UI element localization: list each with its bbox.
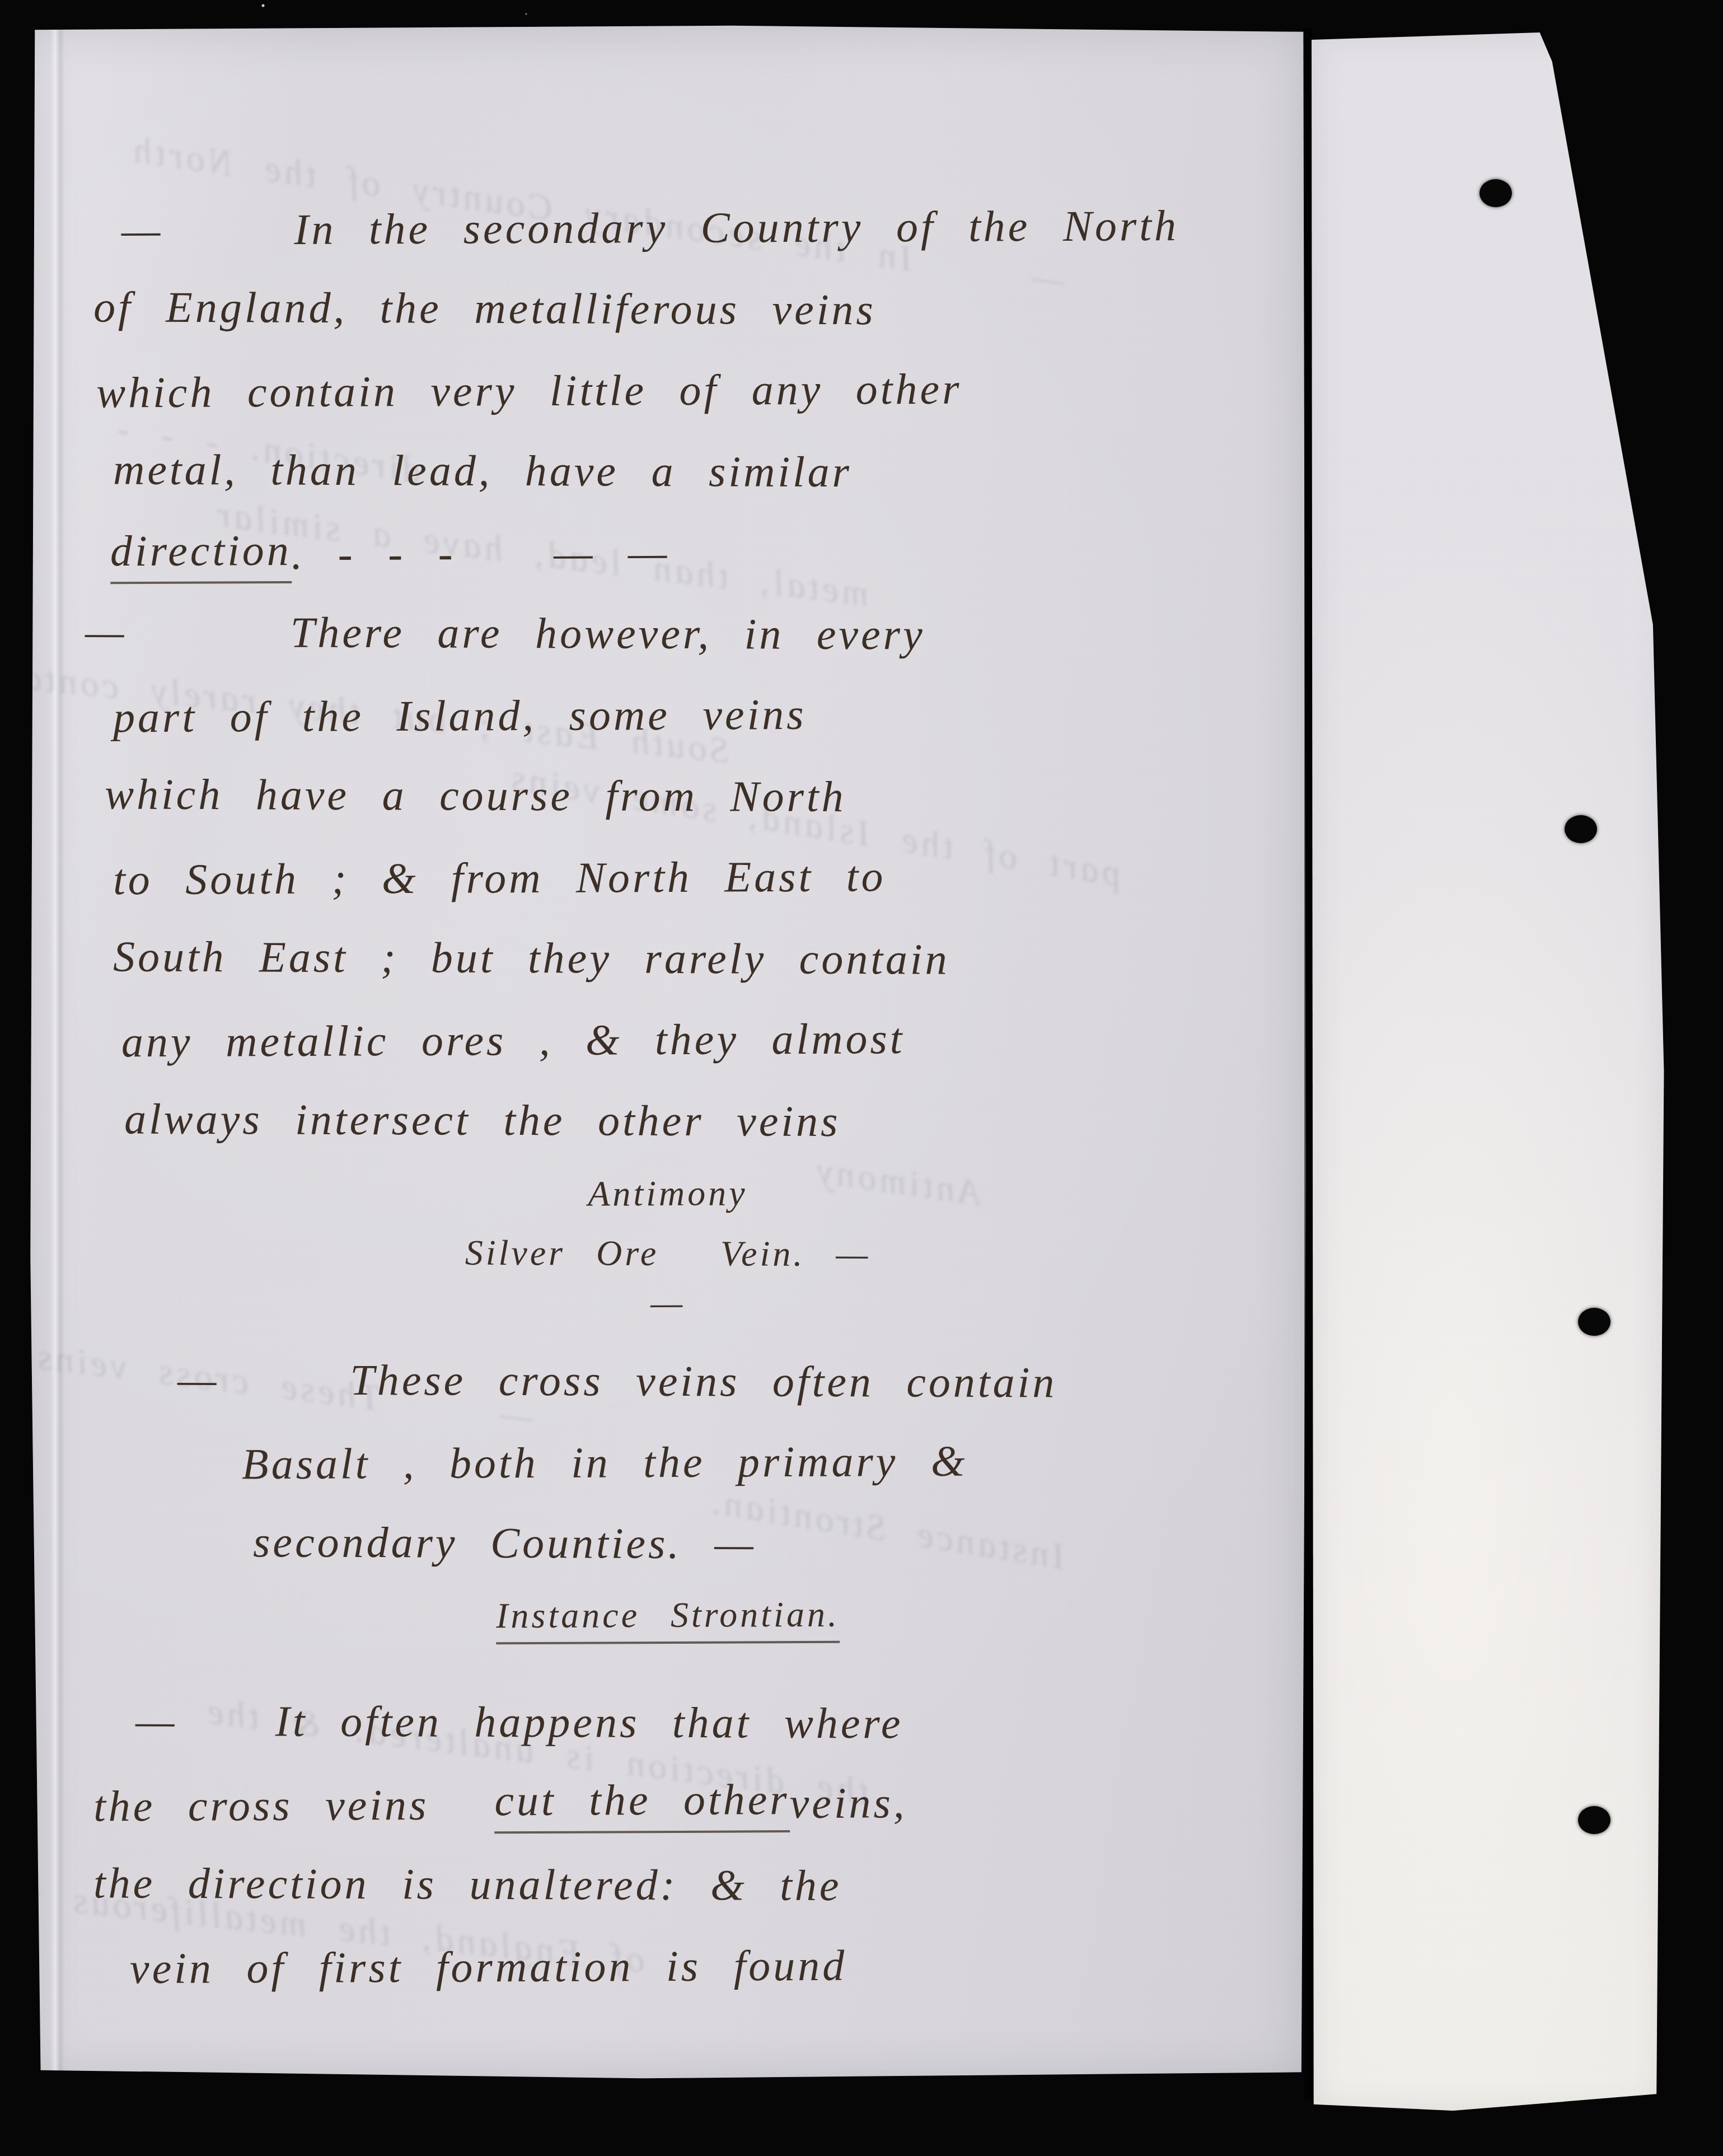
handwriting-words: — In the secondary Country of the North (121, 200, 1179, 255)
manuscript-line: direction. - - - — — (29, 509, 1307, 596)
manuscript-line: which contain very little of any other (29, 347, 1307, 433)
manuscript-line: metal, than lead, have a similar (29, 428, 1307, 514)
manuscript-line: — These cross veins often contain (29, 1338, 1307, 1424)
handwriting-words: — These cross veins often contain (177, 1354, 1057, 1407)
manuscript-line: Instance Strontian. (29, 1581, 1307, 1657)
scanner-background: — In the secondary Country of the Northm… (0, 0, 1723, 2156)
punch-hole (1565, 815, 1597, 843)
manuscript-line: — In the secondary Country of the North (29, 184, 1307, 271)
manuscript-line: of England, the metalliferous veins (29, 266, 1307, 352)
punch-hole (1479, 179, 1512, 207)
handwriting-words: — There are however, in every (85, 606, 925, 660)
manuscript-text: — In the secondary Country of the Northo… (29, 25, 1307, 2080)
manuscript-line: — It often happens that where (29, 1680, 1307, 1765)
punch-hole (1578, 1806, 1610, 1834)
handwriting-words: veins, (789, 1778, 907, 1828)
handwriting-words: the cross veins (93, 1779, 495, 1831)
handwriting-words: of England, the metalliferous veins (93, 282, 876, 335)
handwriting-words: Antimony (588, 1172, 748, 1214)
handwriting-words: always intersect the other veins (124, 1093, 841, 1146)
handwriting-words: — It often happens that where (135, 1695, 903, 1748)
handwriting-words: the direction is unaltered: & the (93, 1858, 842, 1911)
punch-hole (1578, 1308, 1610, 1336)
manuscript-line: Basalt , both in the primary & (29, 1419, 1307, 1505)
manuscript-line: the cross veins cut the other veins, (29, 1760, 1307, 1847)
manuscript-line: — (29, 1279, 1307, 1326)
manuscript-line: South East ; but they rarely contain (29, 915, 1307, 1001)
manuscript-line: which have a course from North (29, 753, 1307, 839)
manuscript-line: secondary Counties. — (29, 1500, 1307, 1586)
underlined-words: direction (110, 525, 292, 583)
manuscript-line: Silver Ore Vein. — (29, 1223, 1307, 1284)
underlined-words: cut the other (494, 1774, 790, 1834)
handwriting-words: which have a course from North (105, 769, 846, 822)
handwriting-words: South East ; but they rarely contain (113, 931, 950, 984)
handwriting-words: vein of first formation is found (130, 1940, 848, 1994)
manuscript-line: part of the Island, some veins (29, 671, 1307, 758)
handwriting-words: part of the Island, some veins (113, 689, 807, 742)
manuscript-line: the direction is unaltered: & the (29, 1842, 1307, 1928)
handwriting-words: Silver Ore Vein. — (465, 1232, 871, 1275)
handwriting-words: Basalt , both in the primary & (242, 1435, 968, 1489)
handwriting-words: any metallic ores , & they almost (121, 1013, 905, 1067)
handwriting-words: which contain very little of any other (96, 363, 962, 418)
manuscript-line: any metallic ores , & they almost (29, 996, 1307, 1083)
handwriting-words: secondary Counties. — (253, 1517, 756, 1569)
manuscript-line: Antimony (29, 1158, 1307, 1228)
handwriting-words: metal, than lead, have a similar (113, 444, 852, 497)
manuscript-line: vein of first formation is found (29, 1923, 1307, 2009)
handwriting-words: — (650, 1282, 685, 1323)
underlined-words: Instance Strontian. (496, 1593, 840, 1644)
handwriting-words: to South ; & from North East to (113, 851, 886, 905)
page-edge-shadow (1304, 28, 1312, 2099)
manuscript-line: to South ; & from North East to (29, 834, 1307, 920)
handwriting-words: . - - - — — (292, 527, 670, 579)
manuscript-page: — In the secondary Country of the Northm… (29, 25, 1307, 2080)
next-page-edge (1312, 32, 1665, 2111)
manuscript-line: always intersect the other veins (29, 1078, 1307, 1163)
manuscript-line: — There are however, in every (29, 591, 1307, 676)
